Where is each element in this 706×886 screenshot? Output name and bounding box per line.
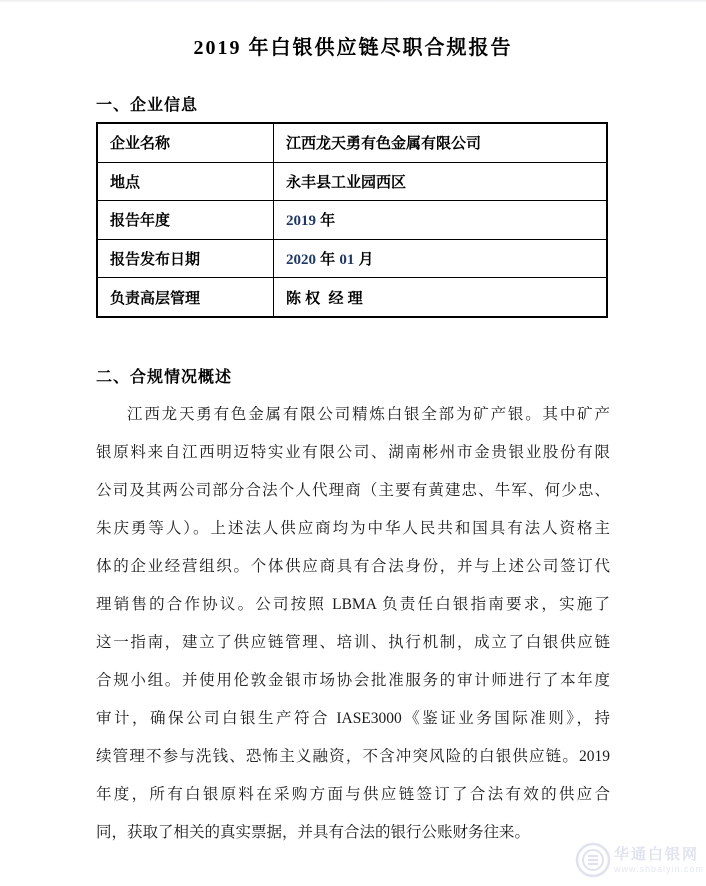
company-info-table: 企业名称 江西龙天勇有色金属有限公司 地点 永丰县工业园西区 报告年度 2019… bbox=[96, 122, 608, 318]
table-row: 企业名称 江西龙天勇有色金属有限公司 bbox=[97, 123, 607, 162]
paragraph-line: 同，获取了相关的真实票据，并具有合法的银行公账财务往来。 bbox=[96, 814, 610, 852]
report-page: 2019 年白银供应链尽职合规报告 一、企业信息 企业名称 江西龙天勇有色金属有… bbox=[0, 0, 706, 886]
row-value-company-name: 江西龙天勇有色金属有限公司 bbox=[274, 123, 608, 162]
paragraph-line: 江西龙天勇有色金属有限公司精炼白银全部为矿产银。其中矿产 bbox=[96, 396, 610, 434]
page-content: 一、企业信息 企业名称 江西龙天勇有色金属有限公司 地点 永丰县工业园西区 报告… bbox=[96, 96, 610, 852]
report-year-suffix: 年 bbox=[316, 212, 335, 229]
compliance-body-paragraph: 江西龙天勇有色金属有限公司精炼白银全部为矿产银。其中矿产 银原料来自江西明迈特实… bbox=[96, 396, 610, 852]
paragraph-line: 审计，确保公司白银生产符合 IASE3000《鉴证业务国际准则》，持 bbox=[96, 700, 610, 738]
row-label-report-year: 报告年度 bbox=[97, 201, 274, 240]
paragraph-line: 年度，所有白银原料在采购方面与供应链签订了合法有效的供应合 bbox=[96, 776, 610, 814]
watermark-site-url: www.shbaiyin.com bbox=[614, 865, 704, 874]
paragraph-line: 续管理不参与洗钱、恐怖主义融资，不含冲突风险的白银供应链。2019 bbox=[96, 738, 610, 776]
watermark-site-name: 华通白银网 bbox=[614, 847, 704, 862]
row-label-senior-management: 负责高层管理 bbox=[97, 278, 274, 317]
publish-month-suffix: 月 bbox=[354, 251, 373, 268]
table-row: 报告年度 2019 年 bbox=[97, 201, 607, 240]
report-year-number: 2019 bbox=[286, 213, 316, 229]
publish-month-number: 01 bbox=[339, 252, 354, 268]
page-top-edge bbox=[0, 0, 706, 3]
table-row: 报告发布日期 2020 年 01 月 bbox=[97, 239, 607, 278]
publish-year-suffix: 年 bbox=[316, 251, 339, 268]
publish-year-number: 2020 bbox=[286, 252, 316, 268]
paragraph-line: 这一指南，建立了供应链管理、培训、执行机制，成立了白银供应链 bbox=[96, 624, 610, 662]
row-label-company-name: 企业名称 bbox=[97, 123, 274, 162]
page-title: 2019 年白银供应链尽职合规报告 bbox=[0, 0, 706, 62]
row-label-location: 地点 bbox=[97, 162, 274, 201]
row-value-publish-date: 2020 年 01 月 bbox=[274, 239, 608, 278]
section-heading-compliance-overview: 二、合规情况概述 bbox=[96, 368, 610, 388]
row-label-publish-date: 报告发布日期 bbox=[97, 239, 274, 278]
paragraph-line: 公司及其两公司部分合法个人代理商（主要有黄建忠、牛军、何少忠、 bbox=[96, 472, 610, 510]
paragraph-line: 理销售的合作协议。公司按照 LBMA 负责任白银指南要求，实施了 bbox=[96, 586, 610, 624]
row-value-report-year: 2019 年 bbox=[274, 201, 608, 240]
table-row: 地点 永丰县工业园西区 bbox=[97, 162, 607, 201]
paragraph-line: 银原料来自江西明迈特实业有限公司、湖南彬州市金贵银业股份有限 bbox=[96, 434, 610, 472]
paragraph-line: 体的企业经营组织。个体供应商具有合法身份，并与上述公司签订代 bbox=[96, 548, 610, 586]
table-row: 负责高层管理 陈 权 经 理 bbox=[97, 278, 607, 317]
watermark: 华通白银网 www.shbaiyin.com bbox=[575, 842, 704, 878]
row-value-location: 永丰县工业园西区 bbox=[274, 162, 608, 201]
section-heading-company-info: 一、企业信息 bbox=[96, 96, 610, 116]
watermark-text: 华通白银网 www.shbaiyin.com bbox=[614, 847, 704, 874]
watermark-logo-icon bbox=[575, 842, 611, 878]
row-value-senior-management: 陈 权 经 理 bbox=[274, 278, 608, 317]
paragraph-line: 朱庆勇等人）。上述法人供应商均为中华人民共和国具有法人资格主 bbox=[96, 510, 610, 548]
paragraph-line: 合规小组。并使用伦敦金银市场协会批准服务的审计师进行了本年度 bbox=[96, 662, 610, 700]
